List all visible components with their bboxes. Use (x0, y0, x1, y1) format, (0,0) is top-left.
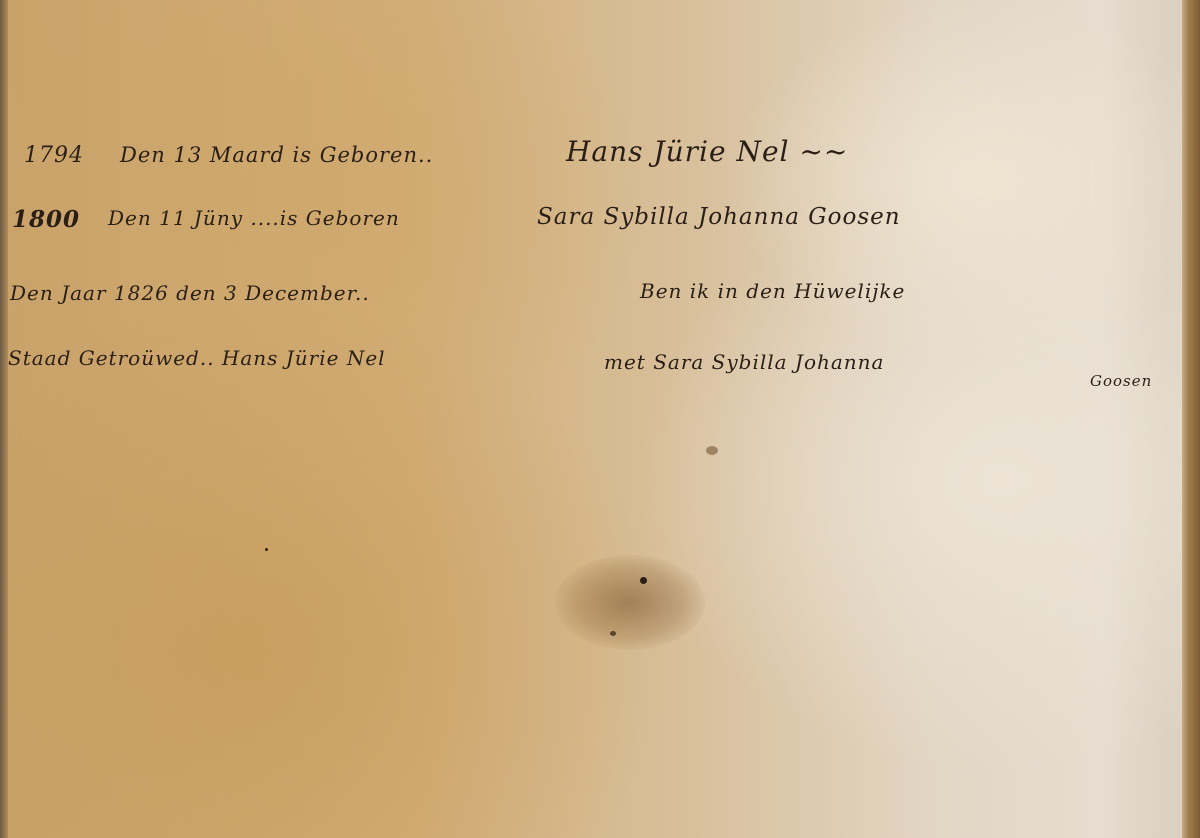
register-line-4: Staad Getroüwed.. Hans Jürie Nel met Sar… (8, 340, 1178, 400)
line-2-year: 1800 (12, 206, 80, 233)
line-3-marriage-text: Ben ik in den Hüwelijke (640, 279, 905, 303)
ink-stain (555, 555, 705, 650)
line-1-year: 1794 (24, 143, 84, 168)
page-left-edge (0, 0, 8, 838)
book-binding-edge (1182, 0, 1200, 838)
register-line-3: Den Jaar 1826 den 3 December.. Ben ik in… (10, 275, 1130, 315)
line-2-name: Sara Sybilla Johanna Goosen (537, 204, 901, 230)
register-line-1: 1794 Den 13 Maard is Geboren.. Hans Jüri… (24, 135, 924, 175)
line-4-surname: Goosen (1090, 372, 1152, 390)
line-2-birth-text: Den 11 Jüny ....is Geboren (108, 206, 400, 230)
stain-spot (610, 631, 616, 636)
document-page: 1794 Den 13 Maard is Geboren.. Hans Jüri… (0, 0, 1200, 838)
line-3-date-text: Den Jaar 1826 den 3 December.. (10, 281, 370, 305)
stain-spot (265, 548, 268, 551)
stain-spot (706, 446, 718, 455)
line-1-name: Hans Jürie Nel ~~ (566, 135, 848, 168)
line-4-groom-text: Staad Getroüwed.. Hans Jürie Nel (8, 346, 386, 370)
line-1-birth-text: Den 13 Maard is Geboren.. (120, 143, 433, 167)
line-4-bride-text: met Sara Sybilla Johanna (604, 350, 884, 374)
register-line-2: 1800 Den 11 Jüny ....is Geboren Sara Syb… (12, 200, 1062, 240)
stain-spot (640, 577, 647, 584)
